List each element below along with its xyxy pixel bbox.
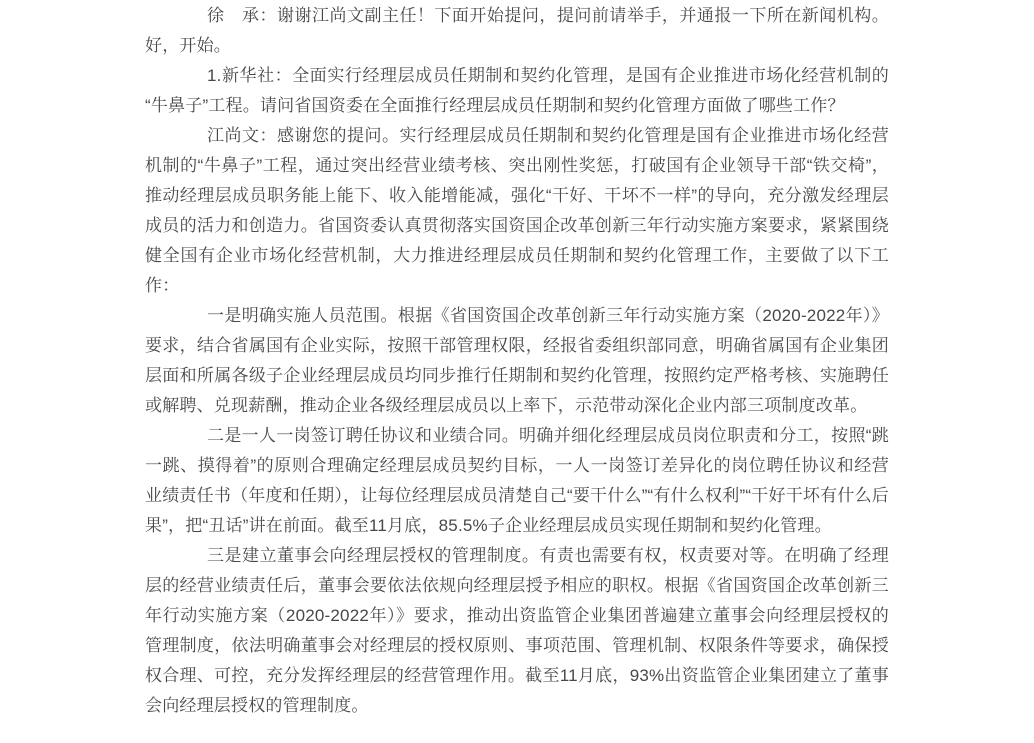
- transcript-page: 徐 承：谢谢江尚文副主任！下面开始提问，提问前请举手，并通报一下所在新闻机构。好…: [145, 0, 889, 721]
- paragraph-answer-overview: 江尚文：感谢您的提问。实行经理层成员任期制和契约化管理是国有企业推进市场化经营机…: [145, 121, 889, 301]
- paragraph-question-xinhua: 1.新华社：全面实行经理层成员任期制和契约化管理，是国有企业推进市场化经营机制的…: [145, 61, 889, 121]
- paragraph-moderator-intro: 徐 承：谢谢江尚文副主任！下面开始提问，提问前请举手，并通报一下所在新闻机构。好…: [145, 1, 889, 61]
- paragraph-answer-point-3: 三是建立董事会向经理层授权的管理制度。有责也需要有权，权责要对等。在明确了经理层…: [145, 541, 889, 721]
- paragraph-answer-point-2: 二是一人一岗签订聘任协议和业绩合同。明确并细化经理层成员岗位职责和分工，按照“跳…: [145, 421, 889, 541]
- paragraph-answer-point-1: 一是明确实施人员范围。根据《省国资国企改革创新三年行动实施方案（2020-202…: [145, 301, 889, 421]
